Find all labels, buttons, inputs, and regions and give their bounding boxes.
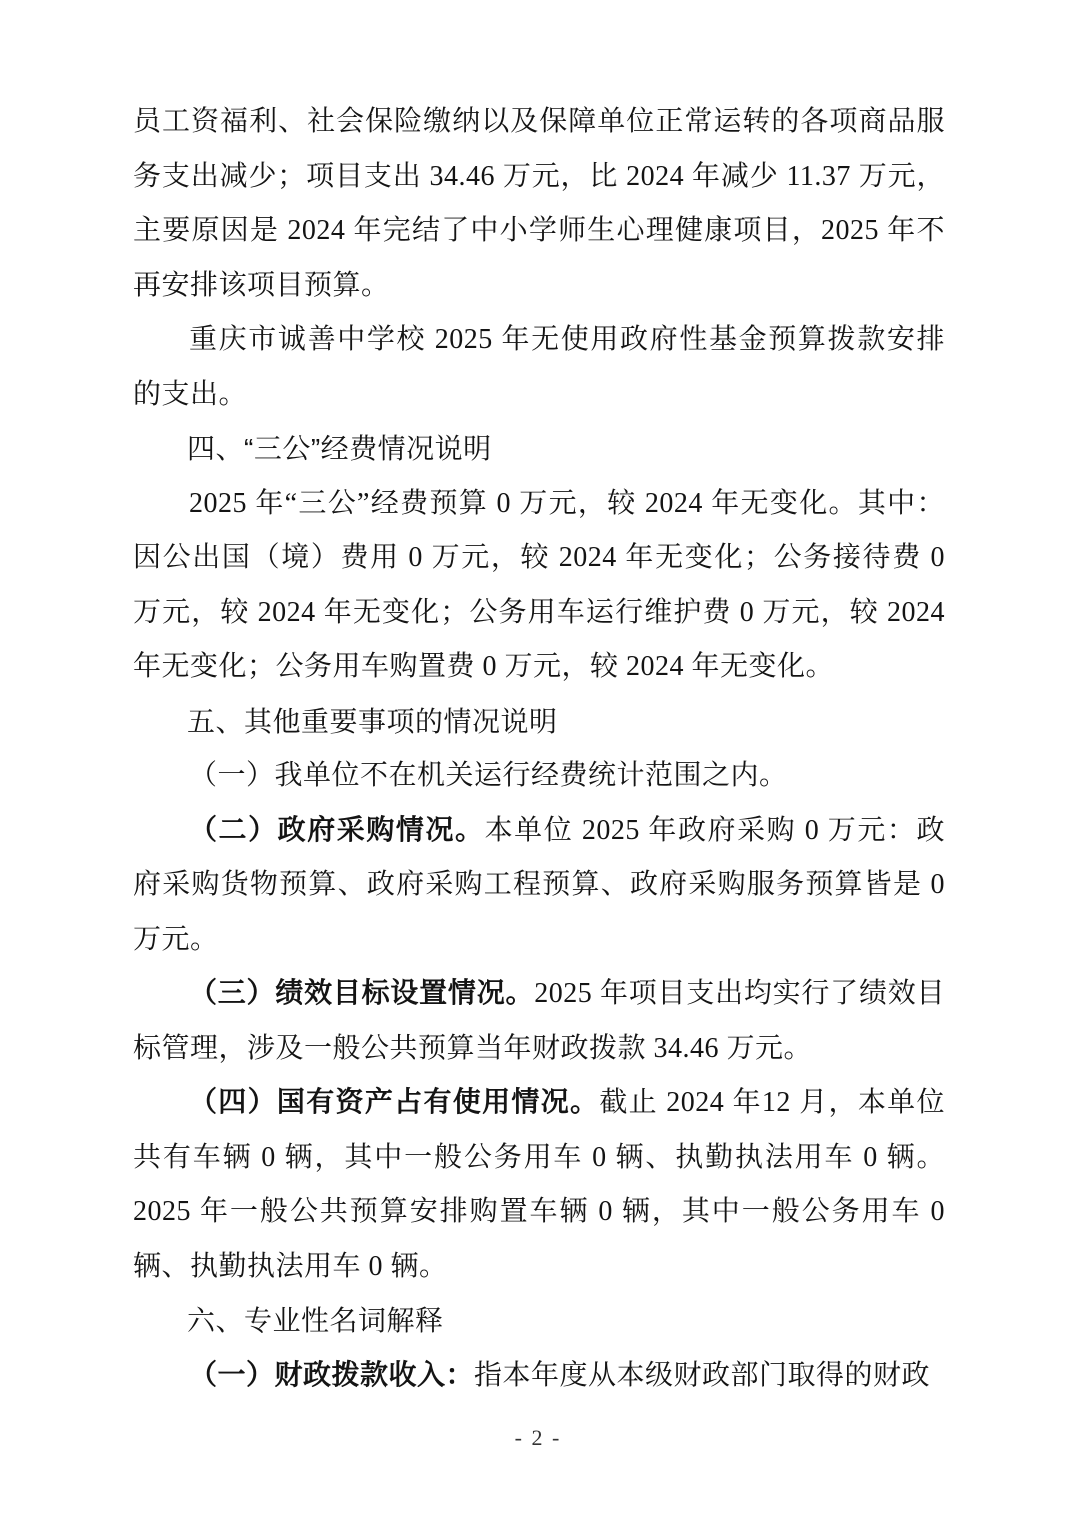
paragraph-government-fund-budget: 重庆市诚善中学校 2025 年无使用政府性基金预算拨款安排的支出。: [133, 313, 945, 422]
item-2-lead-label: （二）政府采购情况。: [189, 815, 485, 846]
page-content: 员工资福利、社会保险缴纳以及保障单位正常运转的各项商品服务支出减少；项目支出 3…: [133, 95, 945, 1403]
item-1-agency-operating-expense: （一）我单位不在机关运行经费统计范围之内。: [133, 749, 945, 804]
item-4-state-assets-usage: （四）国有资产占有使用情况。截止 2024 年12 月，本单位共有车辆 0 辆，…: [133, 1076, 945, 1294]
item-3-performance-targets: （三）绩效目标设置情况。2025 年项目支出均实行了绩效目标管理，涉及一般公共预…: [133, 967, 945, 1076]
paragraph-expense-decrease-continuation: 员工资福利、社会保险缴纳以及保障单位正常运转的各项商品服务支出减少；项目支出 3…: [133, 95, 945, 313]
page-number: - 2 -: [0, 1425, 1076, 1451]
heading-section-4-three-public-funds: 四、“三公”经费情况说明: [133, 422, 945, 477]
item-4-lead-label: （四）国有资产占有使用情况。: [189, 1087, 599, 1118]
item-5-lead-label: （一）财政拨款收入：: [189, 1360, 474, 1391]
item-2-government-procurement: （二）政府采购情况。本单位 2025 年政府采购 0 万元：政府采购货物预算、政…: [133, 804, 945, 968]
heading-section-5-other-important-matters: 五、其他重要事项的情况说明: [133, 695, 945, 750]
item-3-lead-label: （三）绩效目标设置情况。: [189, 978, 534, 1009]
item-5-fiscal-appropriation-income: （一）财政拨款收入：指本年度从本级财政部门取得的财政: [133, 1349, 945, 1404]
heading-section-6-terminology: 六、专业性名词解释: [133, 1294, 945, 1349]
paragraph-three-public-funds-detail: 2025 年“三公”经费预算 0 万元，较 2024 年无变化。其中：因公出国（…: [133, 477, 945, 695]
document-page: 员工资福利、社会保险缴纳以及保障单位正常运转的各项商品服务支出减少；项目支出 3…: [0, 0, 1076, 1520]
item-5-detail-text: 指本年度从本级财政部门取得的财政: [474, 1360, 930, 1391]
